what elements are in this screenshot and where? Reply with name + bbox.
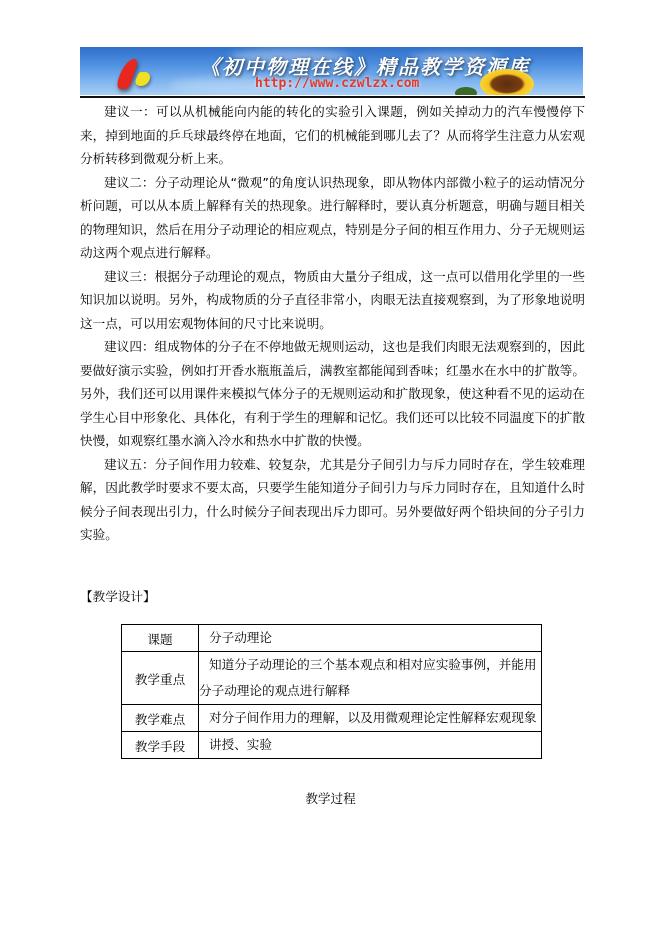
row-value: 分子动理论: [199, 625, 542, 652]
row-label: 课题: [122, 625, 199, 652]
row-label: 教学手段: [122, 732, 199, 759]
leaf-decoration: [455, 87, 477, 95]
suggestions-body: 建议一：可以从机械能向内能的转化的实验引入课题，例如关掉动力的汽车慢慢停下来，掉…: [80, 100, 585, 547]
row-value: 知道分子动理论的三个基本观点和相对应实验事例，并能用分子动理论的观点进行解释: [199, 652, 542, 705]
row-label: 教学重点: [122, 652, 199, 705]
header-banner: 《初中物理在线》精品教学资源库 http://www.czwlzx.com: [80, 47, 583, 95]
sunflower-icon: [480, 69, 534, 95]
suggestion-paragraph-2: 建议二：分子动理论从“微观”的角度认识热现象，即从物体内部微小粒子的运动情况分析…: [80, 171, 585, 265]
row-label: 教学难点: [122, 705, 199, 732]
table-row: 教学手段 讲授、实验: [122, 732, 542, 759]
section-heading-teaching-design: 【教学设计】: [80, 588, 156, 606]
table-row: 教学难点 对分子间作用力的理解，以及用微观理论定性解释宏观现象: [122, 705, 542, 732]
section-heading-teaching-process: 教学过程: [0, 790, 661, 808]
banner-url: http://www.czwlzx.com: [255, 76, 419, 91]
header-divider: [80, 96, 585, 98]
suggestion-paragraph-5: 建议五：分子间作用力较难、较复杂，尤其是分子间引力与斥力同时存在，学生较难理解，…: [80, 453, 585, 547]
teaching-design-table: 课题 分子动理论 教学重点 知道分子动理论的三个基本观点和相对应实验事例，并能用…: [121, 624, 542, 759]
suggestion-paragraph-3: 建议三：根据分子动理论的观点，物质由大量分子组成，这一点可以借用化学里的一些知识…: [80, 265, 585, 336]
lw-logo-icon-accent: [133, 72, 154, 86]
row-value-text: 知道分子动理论的三个基本观点和相对应实验事例，并能用分子动理论的观点进行解释: [199, 652, 541, 704]
table-row: 教学重点 知道分子动理论的三个基本观点和相对应实验事例，并能用分子动理论的观点进…: [122, 652, 542, 705]
row-value: 讲授、实验: [199, 732, 542, 759]
suggestion-paragraph-4: 建议四：组成物体的分子在不停地做无规则运动，这也是我们肉眼无法观察到的，因此要做…: [80, 335, 585, 453]
table-row: 课题 分子动理论: [122, 625, 542, 652]
suggestion-paragraph-1: 建议一：可以从机械能向内能的转化的实验引入课题，例如关掉动力的汽车慢慢停下来，掉…: [80, 100, 585, 171]
row-value: 对分子间作用力的理解，以及用微观理论定性解释宏观现象: [199, 705, 542, 732]
